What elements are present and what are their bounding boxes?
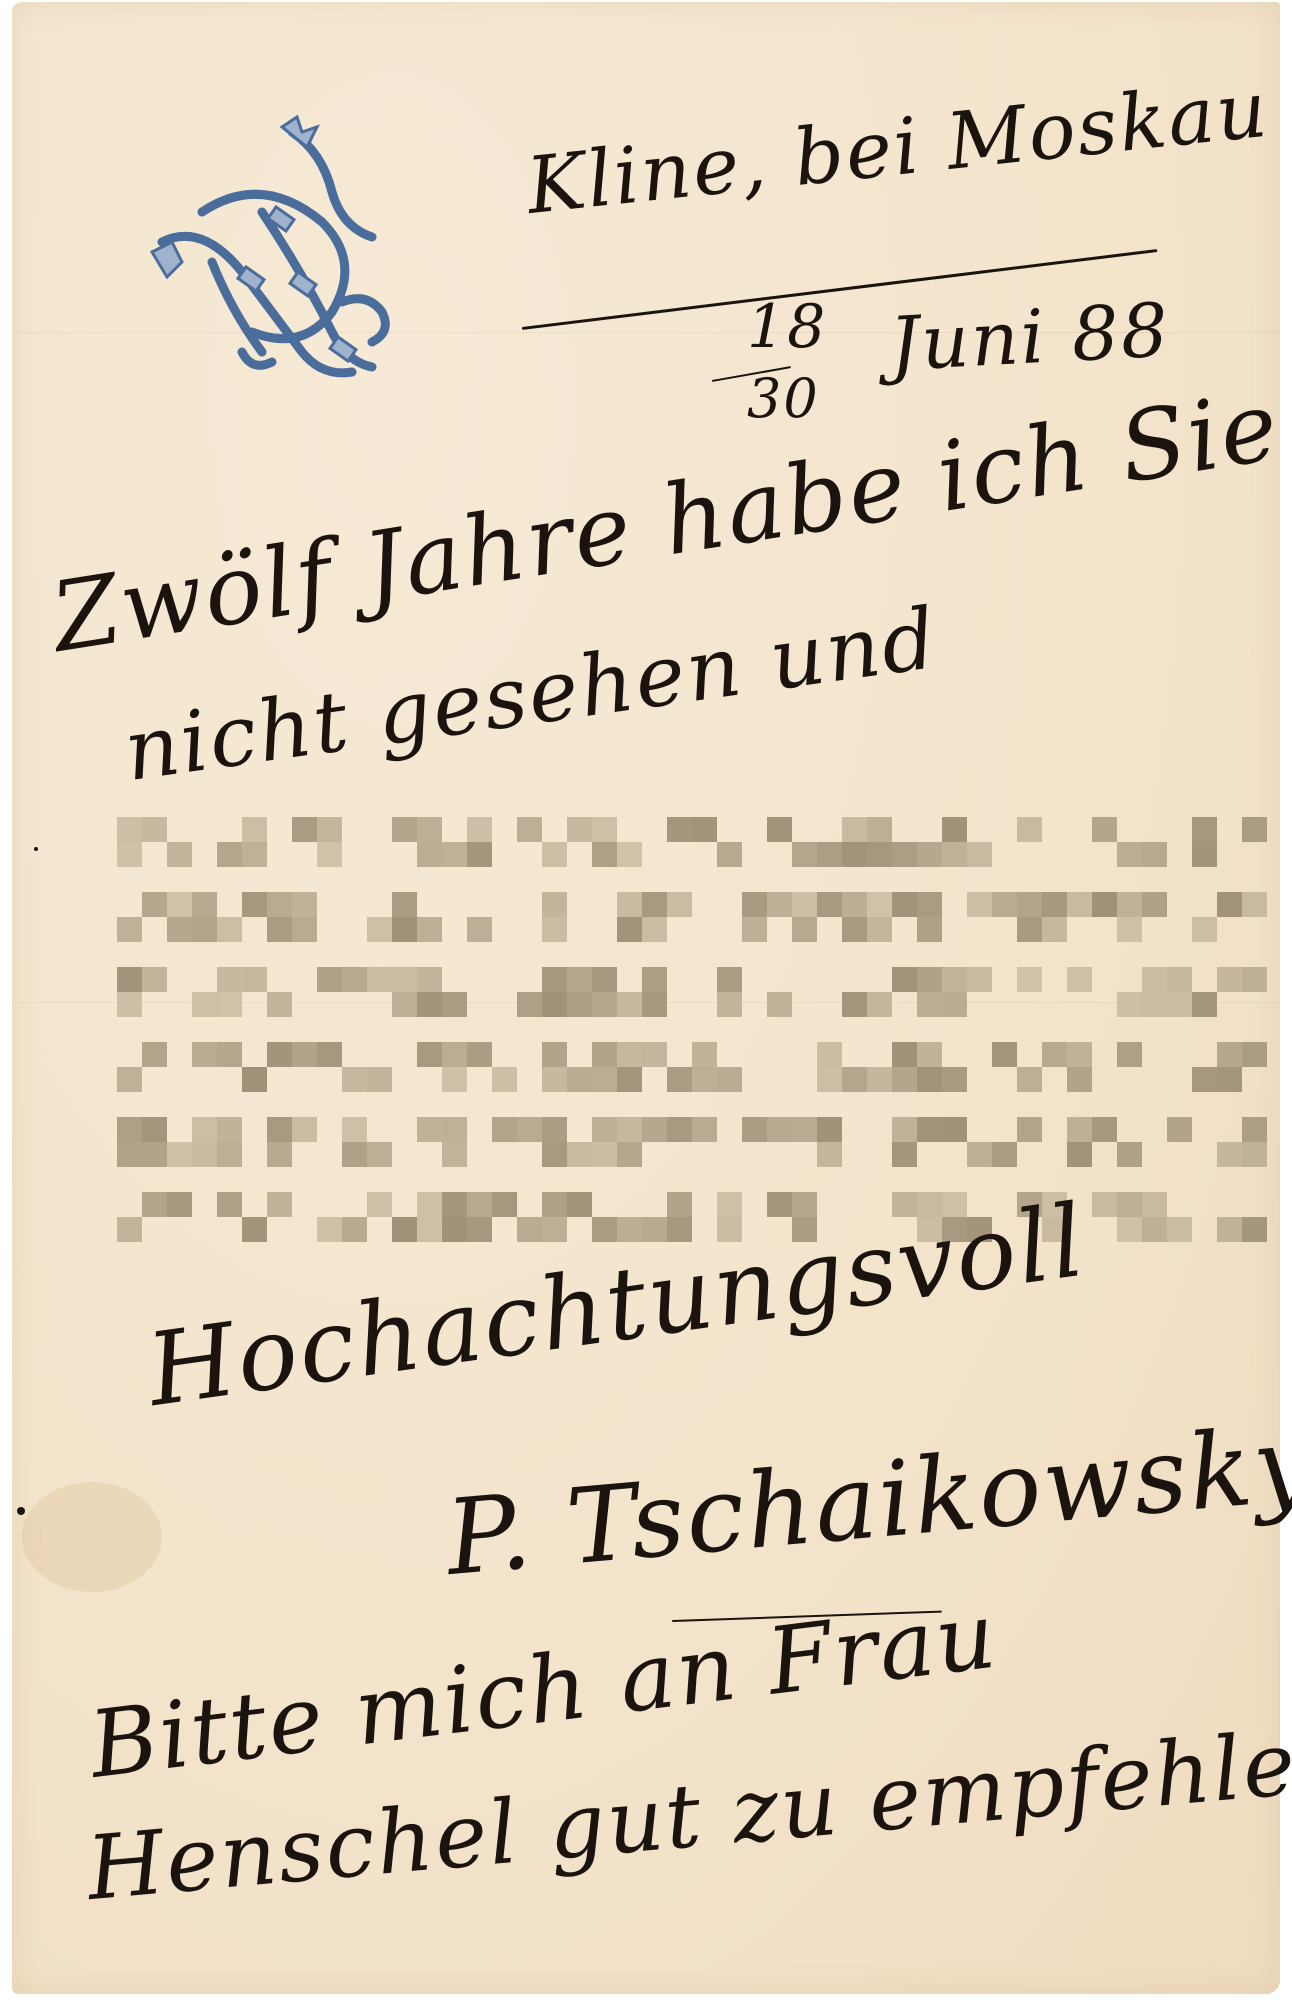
redaction-pixel bbox=[542, 1217, 567, 1242]
redaction-pixel bbox=[642, 1142, 667, 1167]
redaction-pixel bbox=[367, 917, 392, 942]
redaction-pixel bbox=[1192, 842, 1217, 867]
redaction-pixel bbox=[1217, 1042, 1242, 1067]
redaction-pixel bbox=[1017, 1067, 1042, 1092]
redaction-pixel bbox=[942, 1092, 967, 1117]
redaction-pixel bbox=[467, 1217, 492, 1242]
redaction-pixel bbox=[1217, 967, 1242, 992]
redaction-pixel bbox=[1142, 1067, 1167, 1092]
redaction-pixel bbox=[1092, 867, 1117, 892]
redaction-pixel bbox=[267, 1192, 292, 1217]
redaction-pixel bbox=[1167, 967, 1192, 992]
redaction-pixel bbox=[417, 917, 442, 942]
redaction-pixel bbox=[892, 1117, 917, 1142]
redaction-pixel bbox=[1042, 1067, 1067, 1092]
redaction-pixel bbox=[392, 1192, 417, 1217]
redaction-pixel bbox=[1167, 867, 1192, 892]
redaction-pixel bbox=[842, 1142, 867, 1167]
redaction-pixel bbox=[1067, 1117, 1092, 1142]
redaction-pixel bbox=[1217, 1192, 1242, 1217]
redaction-pixel bbox=[192, 992, 217, 1017]
redaction-pixel bbox=[117, 1242, 142, 1267]
redaction-pixel bbox=[592, 842, 617, 867]
redaction-pixel bbox=[717, 867, 742, 892]
redaction-pixel bbox=[592, 942, 617, 967]
redaction-pixel bbox=[1042, 842, 1067, 867]
redaction-pixel bbox=[942, 817, 967, 842]
redaction-pixel bbox=[917, 1117, 942, 1142]
redaction-pixel bbox=[842, 967, 867, 992]
redaction-pixel bbox=[1167, 842, 1192, 867]
ink-spot bbox=[17, 1507, 25, 1515]
redaction-pixel bbox=[1242, 1092, 1267, 1117]
redaction-pixel bbox=[1242, 967, 1267, 992]
redaction-pixel bbox=[1117, 1142, 1142, 1167]
redaction-pixel bbox=[192, 1067, 217, 1092]
redaction-pixel bbox=[692, 942, 717, 967]
redaction-pixel bbox=[142, 1067, 167, 1092]
redaction-pixel bbox=[692, 1042, 717, 1067]
redaction-pixel bbox=[767, 892, 792, 917]
redaction-pixel bbox=[167, 842, 192, 867]
redaction-pixel bbox=[767, 1167, 792, 1192]
redaction-pixel bbox=[492, 1217, 517, 1242]
redaction-pixel bbox=[1092, 1042, 1117, 1067]
redaction-pixel bbox=[667, 942, 692, 967]
redaction-pixel bbox=[1042, 1117, 1067, 1142]
redaction-pixel bbox=[617, 992, 642, 1017]
redaction-pixel bbox=[1042, 867, 1067, 892]
redaction-pixel bbox=[417, 817, 442, 842]
redaction-pixel bbox=[142, 1042, 167, 1067]
redaction-pixel bbox=[992, 1067, 1017, 1092]
redaction-pixel bbox=[792, 942, 817, 967]
redaction-pixel bbox=[492, 1167, 517, 1192]
redaction-pixel bbox=[192, 942, 217, 967]
redaction-pixel bbox=[1067, 1042, 1092, 1067]
redaction-pixel bbox=[592, 817, 617, 842]
redaction-pixel bbox=[942, 892, 967, 917]
redaction-pixel bbox=[1092, 1142, 1117, 1167]
redaction-pixel bbox=[242, 1242, 267, 1267]
redacted-passage bbox=[117, 817, 1267, 1277]
redaction-pixel bbox=[642, 842, 667, 867]
redaction-pixel bbox=[142, 1217, 167, 1242]
redaction-pixel bbox=[717, 1117, 742, 1142]
redaction-pixel bbox=[1092, 1242, 1117, 1267]
redaction-pixel bbox=[1042, 992, 1067, 1017]
redaction-pixel bbox=[1167, 817, 1192, 842]
redaction-pixel bbox=[292, 842, 317, 867]
redaction-pixel bbox=[717, 892, 742, 917]
redaction-pixel bbox=[342, 1242, 367, 1267]
redaction-pixel bbox=[367, 1242, 392, 1267]
redaction-pixel bbox=[742, 1192, 767, 1217]
redaction-pixel bbox=[292, 867, 317, 892]
redaction-pixel bbox=[467, 1117, 492, 1142]
redaction-pixel bbox=[167, 1017, 192, 1042]
redaction-pixel bbox=[1092, 917, 1117, 942]
redaction-pixel bbox=[1142, 1142, 1167, 1167]
redaction-pixel bbox=[1142, 1042, 1167, 1067]
redaction-pixel bbox=[517, 917, 542, 942]
redaction-pixel bbox=[1042, 1092, 1067, 1117]
redaction-pixel bbox=[642, 992, 667, 1017]
redaction-pixel bbox=[767, 1192, 792, 1217]
redaction-pixel bbox=[1117, 1217, 1142, 1242]
redaction-pixel bbox=[392, 1242, 417, 1267]
redaction-pixel bbox=[1242, 992, 1267, 1017]
redaction-pixel bbox=[317, 992, 342, 1017]
redaction-pixel bbox=[967, 1067, 992, 1092]
redaction-pixel bbox=[1192, 1067, 1217, 1092]
redaction-pixel bbox=[592, 1117, 617, 1142]
redaction-pixel bbox=[617, 1167, 642, 1192]
redaction-pixel bbox=[667, 892, 692, 917]
redaction-pixel bbox=[1117, 1017, 1142, 1042]
redaction-pixel bbox=[492, 942, 517, 967]
redaction-pixel bbox=[842, 1017, 867, 1042]
redaction-pixel bbox=[242, 842, 267, 867]
redaction-pixel bbox=[642, 942, 667, 967]
redaction-pixel bbox=[992, 867, 1017, 892]
redaction-pixel bbox=[867, 1017, 892, 1042]
redaction-pixel bbox=[892, 842, 917, 867]
redaction-pixel bbox=[542, 892, 567, 917]
redaction-pixel bbox=[542, 1092, 567, 1117]
redaction-pixel bbox=[817, 1017, 842, 1042]
redaction-pixel bbox=[1117, 1067, 1142, 1092]
redaction-pixel bbox=[1117, 892, 1142, 917]
redaction-pixel bbox=[917, 867, 942, 892]
redaction-pixel bbox=[217, 1242, 242, 1267]
redaction-pixel bbox=[817, 1117, 842, 1142]
redaction-pixel bbox=[1117, 842, 1142, 867]
redaction-pixel bbox=[267, 967, 292, 992]
letter-page: Kline, bei Moskau 18 30 Juni 88 Zwölf Ja… bbox=[12, 2, 1280, 1994]
redaction-pixel bbox=[1217, 1242, 1242, 1267]
redaction-pixel bbox=[442, 1092, 467, 1117]
redaction-pixel bbox=[1192, 817, 1217, 842]
redaction-pixel bbox=[842, 1092, 867, 1117]
redaction-pixel bbox=[642, 867, 667, 892]
redaction-pixel bbox=[292, 992, 317, 1017]
redaction-pixel bbox=[567, 817, 592, 842]
redaction-pixel bbox=[867, 867, 892, 892]
redaction-pixel bbox=[1017, 992, 1042, 1017]
redaction-pixel bbox=[317, 1042, 342, 1067]
redaction-pixel bbox=[142, 817, 167, 842]
redaction-pixel bbox=[142, 1142, 167, 1167]
redaction-pixel bbox=[392, 867, 417, 892]
redaction-pixel bbox=[117, 967, 142, 992]
redaction-pixel bbox=[942, 967, 967, 992]
redaction-pixel bbox=[1067, 842, 1092, 867]
redaction-pixel bbox=[242, 1117, 267, 1142]
redaction-pixel bbox=[1142, 942, 1167, 967]
redaction-pixel bbox=[1067, 867, 1092, 892]
redaction-pixel bbox=[1092, 1017, 1117, 1042]
redaction-pixel bbox=[1017, 967, 1042, 992]
redaction-pixel bbox=[242, 1042, 267, 1067]
redaction-pixel bbox=[817, 1067, 842, 1092]
redaction-pixel bbox=[892, 1142, 917, 1167]
redaction-pixel bbox=[817, 817, 842, 842]
redaction-pixel bbox=[542, 967, 567, 992]
redaction-pixel bbox=[742, 1167, 767, 1192]
redaction-pixel bbox=[1167, 1217, 1192, 1242]
redaction-pixel bbox=[1142, 967, 1167, 992]
redaction-pixel bbox=[592, 892, 617, 917]
redaction-pixel bbox=[667, 967, 692, 992]
redaction-pixel bbox=[742, 917, 767, 942]
redaction-pixel bbox=[742, 1117, 767, 1142]
redaction-pixel bbox=[367, 1142, 392, 1167]
redaction-pixel bbox=[417, 1142, 442, 1167]
redaction-pixel bbox=[1067, 917, 1092, 942]
redaction-pixel bbox=[192, 1042, 217, 1067]
redaction-pixel bbox=[867, 1142, 892, 1167]
redaction-pixel bbox=[417, 942, 442, 967]
redaction-pixel bbox=[442, 967, 467, 992]
redaction-pixel bbox=[892, 917, 917, 942]
redaction-pixel bbox=[1042, 942, 1067, 967]
redaction-pixel bbox=[1217, 842, 1242, 867]
redaction-pixel bbox=[1192, 1217, 1217, 1242]
redaction-pixel bbox=[142, 842, 167, 867]
redaction-pixel bbox=[1142, 992, 1167, 1017]
redaction-pixel bbox=[1142, 1217, 1167, 1242]
redaction-pixel bbox=[492, 1142, 517, 1167]
redaction-pixel bbox=[767, 1142, 792, 1167]
redaction-pixel bbox=[1217, 1092, 1242, 1117]
redaction-pixel bbox=[967, 917, 992, 942]
redaction-pixel bbox=[742, 817, 767, 842]
redaction-pixel bbox=[667, 842, 692, 867]
redaction-pixel bbox=[467, 1042, 492, 1067]
redaction-pixel bbox=[942, 942, 967, 967]
redaction-pixel bbox=[367, 1092, 392, 1117]
redaction-pixel bbox=[1142, 1192, 1167, 1217]
redaction-pixel bbox=[367, 1167, 392, 1192]
redaction-pixel bbox=[567, 992, 592, 1017]
redaction-pixel bbox=[517, 1017, 542, 1042]
redaction-pixel bbox=[1067, 1017, 1092, 1042]
redaction-pixel bbox=[717, 917, 742, 942]
redaction-pixel bbox=[567, 892, 592, 917]
redaction-pixel bbox=[317, 867, 342, 892]
redaction-pixel bbox=[142, 992, 167, 1017]
redaction-pixel bbox=[517, 867, 542, 892]
redaction-pixel bbox=[767, 992, 792, 1017]
redaction-pixel bbox=[342, 1017, 367, 1042]
redaction-pixel bbox=[242, 1142, 267, 1167]
redaction-pixel bbox=[1117, 992, 1142, 1017]
redaction-pixel bbox=[1217, 1067, 1242, 1092]
redaction-pixel bbox=[267, 867, 292, 892]
redaction-pixel bbox=[717, 842, 742, 867]
redaction-pixel bbox=[942, 842, 967, 867]
redaction-pixel bbox=[1017, 892, 1042, 917]
redaction-pixel bbox=[367, 1192, 392, 1217]
redaction-pixel bbox=[242, 892, 267, 917]
redaction-pixel bbox=[567, 867, 592, 892]
redaction-pixel bbox=[292, 1192, 317, 1217]
redaction-pixel bbox=[217, 1167, 242, 1192]
redaction-pixel bbox=[767, 1092, 792, 1117]
redaction-pixel bbox=[567, 1117, 592, 1142]
redaction-pixel bbox=[442, 892, 467, 917]
redaction-pixel bbox=[1117, 942, 1142, 967]
redaction-pixel bbox=[392, 892, 417, 917]
redaction-pixel bbox=[942, 1117, 967, 1142]
redaction-pixel bbox=[842, 892, 867, 917]
redaction-pixel bbox=[717, 1092, 742, 1117]
redaction-pixel bbox=[392, 817, 417, 842]
redaction-pixel bbox=[217, 892, 242, 917]
redaction-pixel bbox=[1192, 1117, 1217, 1142]
redaction-pixel bbox=[292, 1142, 317, 1167]
redaction-pixel bbox=[217, 1117, 242, 1142]
redaction-pixel bbox=[1092, 1117, 1117, 1142]
redaction-pixel bbox=[567, 967, 592, 992]
redaction-pixel bbox=[817, 842, 842, 867]
redaction-pixel bbox=[267, 817, 292, 842]
redaction-pixel bbox=[542, 917, 567, 942]
redaction-pixel bbox=[142, 1117, 167, 1142]
redaction-pixel bbox=[1092, 1067, 1117, 1092]
redaction-pixel bbox=[792, 917, 817, 942]
redaction-pixel bbox=[1067, 1092, 1092, 1117]
redaction-pixel bbox=[992, 1167, 1017, 1192]
redaction-pixel bbox=[942, 1167, 967, 1192]
redaction-pixel bbox=[842, 1042, 867, 1067]
redaction-pixel bbox=[917, 1167, 942, 1192]
redaction-pixel bbox=[217, 942, 242, 967]
redaction-pixel bbox=[742, 1042, 767, 1067]
redaction-pixel bbox=[967, 942, 992, 967]
redaction-pixel bbox=[667, 1042, 692, 1067]
redaction-pixel bbox=[542, 1017, 567, 1042]
redaction-pixel bbox=[442, 817, 467, 842]
redaction-pixel bbox=[692, 1167, 717, 1192]
redaction-pixel bbox=[1192, 992, 1217, 1017]
redaction-pixel bbox=[1017, 1017, 1042, 1042]
redaction-pixel bbox=[317, 842, 342, 867]
redaction-pixel bbox=[1242, 917, 1267, 942]
redaction-pixel bbox=[292, 1042, 317, 1067]
redaction-pixel bbox=[542, 1192, 567, 1217]
redaction-pixel bbox=[592, 867, 617, 892]
redaction-pixel bbox=[1217, 1117, 1242, 1142]
redaction-pixel bbox=[667, 1067, 692, 1092]
redaction-pixel bbox=[717, 992, 742, 1017]
redaction-pixel bbox=[1017, 1042, 1042, 1067]
redaction-pixel bbox=[167, 1217, 192, 1242]
redaction-pixel bbox=[892, 1017, 917, 1042]
date-month-year: Juni 88 bbox=[887, 287, 1171, 388]
redaction-pixel bbox=[342, 817, 367, 842]
redaction-pixel bbox=[292, 942, 317, 967]
redaction-pixel bbox=[767, 1067, 792, 1092]
redaction-pixel bbox=[342, 942, 367, 967]
redaction-pixel bbox=[742, 892, 767, 917]
redaction-pixel bbox=[492, 1042, 517, 1067]
redaction-pixel bbox=[342, 1217, 367, 1242]
redaction-pixel bbox=[1092, 1217, 1117, 1242]
redaction-pixel bbox=[1142, 1242, 1167, 1267]
redaction-pixel bbox=[342, 1117, 367, 1142]
redaction-pixel bbox=[117, 942, 142, 967]
redaction-pixel bbox=[792, 892, 817, 917]
redaction-pixel bbox=[467, 942, 492, 967]
redaction-pixel bbox=[867, 1092, 892, 1117]
redaction-pixel bbox=[792, 1167, 817, 1192]
redaction-pixel bbox=[142, 942, 167, 967]
redaction-pixel bbox=[1167, 1117, 1192, 1142]
redaction-pixel bbox=[892, 942, 917, 967]
redaction-pixel bbox=[792, 817, 817, 842]
redaction-pixel bbox=[517, 1117, 542, 1142]
redaction-pixel bbox=[267, 1017, 292, 1042]
redaction-pixel bbox=[717, 942, 742, 967]
redaction-pixel bbox=[542, 1167, 567, 1192]
redaction-pixel bbox=[442, 1217, 467, 1242]
redaction-pixel bbox=[267, 1117, 292, 1142]
redaction-pixel bbox=[867, 1067, 892, 1092]
redaction-pixel bbox=[1242, 817, 1267, 842]
redaction-pixel bbox=[742, 867, 767, 892]
redaction-pixel bbox=[1092, 1192, 1117, 1217]
redaction-pixel bbox=[142, 1017, 167, 1042]
redaction-pixel bbox=[617, 1117, 642, 1142]
ink-spot bbox=[34, 847, 38, 851]
redaction-pixel bbox=[692, 1017, 717, 1042]
redaction-pixel bbox=[492, 817, 517, 842]
redaction-pixel bbox=[492, 917, 517, 942]
redaction-pixel bbox=[1017, 1117, 1042, 1142]
redaction-pixel bbox=[842, 842, 867, 867]
redaction-pixel bbox=[317, 1192, 342, 1217]
redaction-pixel bbox=[642, 1067, 667, 1092]
redaction-pixel bbox=[867, 967, 892, 992]
redaction-pixel bbox=[942, 1017, 967, 1042]
redaction-pixel bbox=[192, 817, 217, 842]
redaction-pixel bbox=[1017, 942, 1042, 967]
redaction-pixel bbox=[1092, 892, 1117, 917]
redaction-pixel bbox=[867, 1167, 892, 1192]
redaction-pixel bbox=[742, 1092, 767, 1117]
redaction-pixel bbox=[542, 1067, 567, 1092]
redaction-pixel bbox=[817, 1192, 842, 1217]
redaction-pixel bbox=[1142, 867, 1167, 892]
redaction-pixel bbox=[1242, 1042, 1267, 1067]
redaction-pixel bbox=[492, 867, 517, 892]
redaction-pixel bbox=[1167, 1092, 1192, 1117]
redaction-pixel bbox=[792, 1142, 817, 1167]
redaction-pixel bbox=[442, 942, 467, 967]
redaction-pixel bbox=[1117, 817, 1142, 842]
redaction-pixel bbox=[817, 917, 842, 942]
redaction-pixel bbox=[292, 967, 317, 992]
redaction-pixel bbox=[917, 1017, 942, 1042]
redaction-pixel bbox=[817, 1167, 842, 1192]
redaction-pixel bbox=[617, 1217, 642, 1242]
redaction-pixel bbox=[1167, 1242, 1192, 1267]
redaction-pixel bbox=[1067, 942, 1092, 967]
redaction-pixel bbox=[817, 1092, 842, 1117]
redaction-pixel bbox=[192, 1092, 217, 1117]
